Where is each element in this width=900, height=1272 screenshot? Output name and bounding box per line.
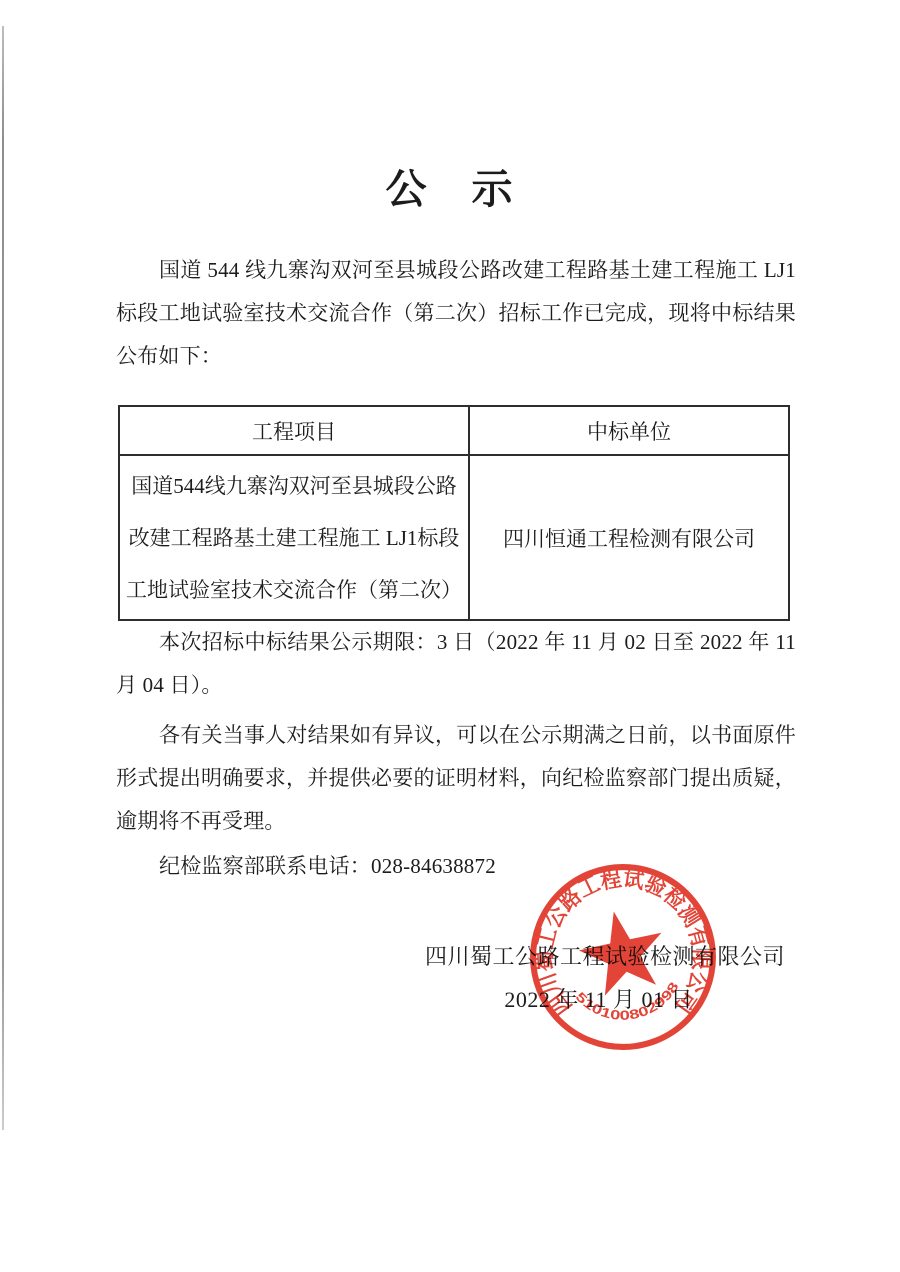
table-header-winner: 中标单位 — [469, 406, 789, 455]
table-header-row: 工程项目 中标单位 — [119, 406, 789, 455]
page-title: 公 示 — [23, 156, 877, 215]
project-line-1: 国道544线九寨沟双河至县城段公路 — [124, 460, 464, 512]
bid-result-table: 工程项目 中标单位 国道544线九寨沟双河至县城段公路 改建工程路基土建工程施工… — [118, 405, 790, 621]
table-row: 国道544线九寨沟双河至县城段公路 改建工程路基土建工程施工 LJ1标段 工地试… — [119, 455, 789, 620]
seal-star — [572, 903, 671, 999]
scan-edge-artifact — [2, 26, 4, 1130]
project-cell: 国道544线九寨沟双河至县城段公路 改建工程路基土建工程施工 LJ1标段 工地试… — [119, 455, 469, 620]
winner-cell: 四川恒通工程检测有限公司 — [469, 455, 789, 620]
intro-paragraph: 国道 544 线九寨沟双河至县城段公路改建工程路基土建工程施工 LJ1 标段工地… — [116, 249, 796, 378]
seal-registration-number: 510100802998 — [573, 979, 682, 1022]
table-header-project: 工程项目 — [119, 406, 469, 455]
project-line-3: 工地试验室技术交流合作（第二次） — [124, 564, 464, 616]
document-page: 公 示 国道 544 线九寨沟双河至县城段公路改建工程路基土建工程施工 LJ1 … — [0, 0, 900, 1272]
company-seal: 四川蜀工公路工程试验检测有限公司 510100802998 — [527, 861, 719, 1053]
publicity-period-paragraph: 本次招标中标结果公示期限：3 日（2022 年 11 月 02 日至 2022 … — [116, 621, 796, 707]
objection-paragraph: 各有关当事人对结果如有异议，可以在公示期满之日前，以书面原件形式提出明确要求，并… — [116, 714, 796, 843]
project-line-2: 改建工程路基土建工程施工 LJ1标段 — [124, 512, 464, 564]
